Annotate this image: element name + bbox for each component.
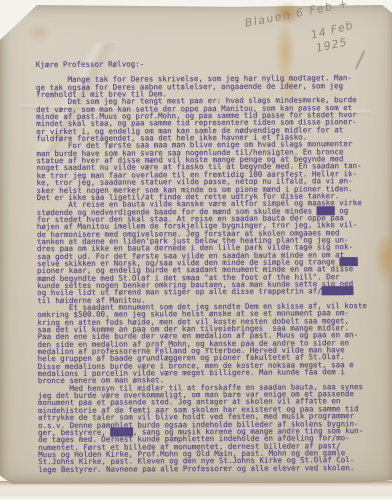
letter-paragraph: For det første saa maa man blive enige o… bbox=[36, 140, 380, 201]
letter-paragraph: Det som jeg har tengt mest paa er: hvad … bbox=[36, 96, 380, 142]
letter-paragraph: At reise en bauta vilde kanske være altf… bbox=[37, 199, 382, 304]
letter-body: Mange tak for Deres skrivelse, som jeg h… bbox=[36, 74, 382, 473]
scanner-bed-edge bbox=[0, 481, 392, 500]
letter-paragraph: Med hensyn til midler til at forskaffe e… bbox=[38, 383, 383, 473]
letter-paragraph: Et saadant monument som det jeg sendte D… bbox=[37, 302, 381, 385]
letter-text: Kjære Professor Rølvog:- Mange tak for D… bbox=[36, 59, 383, 473]
scanned-letter-page: Blauen 6 Feb + 14 Feb 1925 Kjære Profess… bbox=[0, 0, 392, 500]
paper-stain bbox=[26, 23, 52, 43]
salutation: Kjære Professor Rølvog:- bbox=[36, 59, 380, 68]
